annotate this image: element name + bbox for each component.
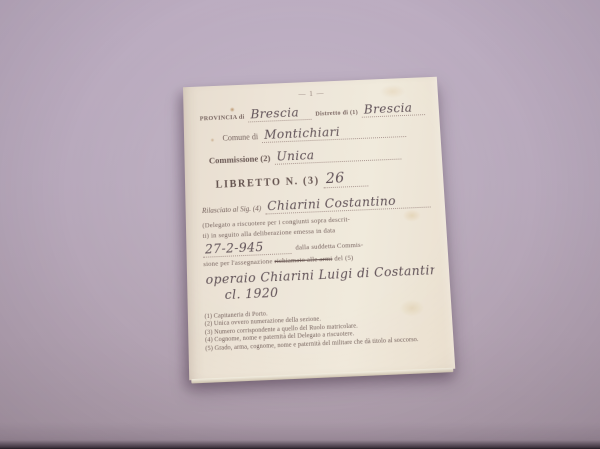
comune-row: Comune di Montichiari: [200, 121, 426, 146]
assegnazione-text-post: del (5): [334, 255, 353, 263]
commissione-label: Commissione (2): [209, 153, 271, 166]
libretto-number-handwritten: 26: [323, 169, 368, 188]
rilasciato-label: Rilasciato al Sig. (4): [202, 204, 261, 215]
rilasciato-handwritten-value: Chiarini Costantino: [265, 192, 431, 214]
paper-page-stack-edge: [191, 368, 453, 384]
provincia-label: PROVINCIA di: [200, 115, 245, 123]
distretto-handwritten-value: Brescia: [362, 100, 426, 118]
libretto-label: LIBRETTO N. (3): [215, 175, 319, 191]
commissione-row: Commissione (2) Unica: [201, 143, 428, 168]
page-number: — 1 —: [199, 85, 424, 102]
printed-line-commissione: dalla suddetta Commis-: [295, 241, 363, 254]
paper-document: — 1 — PROVINCIA di Brescia Distretto di …: [183, 77, 455, 381]
comune-label: Comune di: [222, 132, 258, 143]
date-handwritten-value: 27-2-945: [203, 238, 292, 257]
libretto-number-row: LIBRETTO N. (3) 26: [201, 167, 429, 194]
commissione-handwritten-value: Unica: [274, 144, 401, 165]
footnotes-block: (1) Capitaneria di Porto. (2) Unica ovve…: [204, 303, 439, 354]
distretto-label: Distretto di (1): [315, 110, 358, 118]
assegnazione-text-pre: sione per l'assegnazione: [203, 258, 273, 268]
provincia-distretto-row: PROVINCIA di Brescia Distretto di (1) Br…: [200, 100, 426, 124]
photo-background: — 1 — PROVINCIA di Brescia Distretto di …: [0, 0, 600, 449]
provincia-handwritten-value: Brescia: [248, 105, 311, 123]
strikethrough-text: richiamato alle armi: [274, 255, 332, 265]
comune-handwritten-value: Montichiari: [262, 122, 406, 143]
